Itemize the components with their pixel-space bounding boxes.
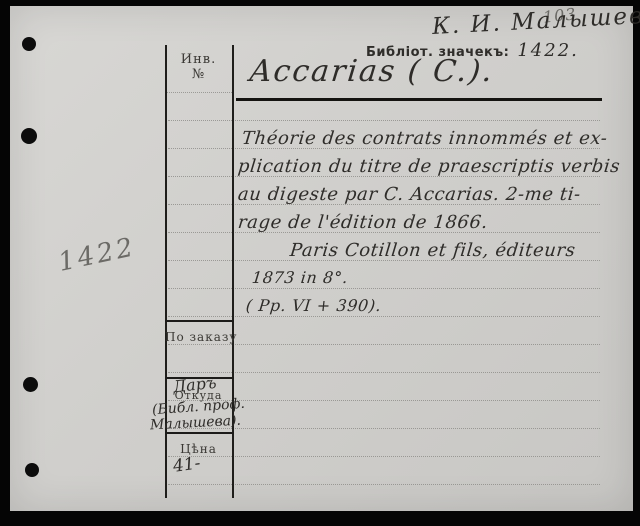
scanned-page: 103 К. И. Малышевъ Библіот. значекъ:1422… [0, 0, 640, 526]
card-title: Accarias ( C.). [248, 54, 495, 89]
description-line: 1873 in 8°. [251, 268, 349, 287]
description-line: rage de l'édition de 1866. [237, 212, 489, 233]
inventory-label-line2: № [165, 67, 232, 82]
column-right-line [232, 45, 234, 498]
cell-border [165, 432, 234, 434]
title-underline [236, 98, 602, 101]
description-line: ( Pp. VI + 390). [245, 296, 382, 315]
ink-dot [23, 377, 38, 392]
order-label: По заказу [165, 330, 232, 344]
inventory-label-line1: Инв. [165, 52, 232, 67]
origin-handwritten-malyshev: Малышева). [150, 413, 242, 434]
owner-signature: К. И. Малышевъ [431, 2, 640, 40]
ink-dot [21, 128, 37, 144]
description-line: Paris Cotillon et fils, éditeurs [289, 240, 577, 261]
ruled-line [167, 92, 232, 93]
description-line: Théorie des contrats innommés et ex- [241, 128, 609, 149]
ink-dot [25, 463, 39, 477]
description-line: plication du titre de praescriptis verbi… [237, 156, 621, 177]
margin-inventory-number: 1422 [56, 232, 139, 278]
description-line: au digeste par C. Accarias. 2-me ti- [237, 184, 582, 205]
ink-dot [22, 37, 36, 51]
cell-border [165, 320, 234, 322]
catalog-card: 103 К. И. Малышевъ Библіот. значекъ:1422… [10, 6, 633, 511]
stamp-number: 1422. [517, 40, 579, 61]
price-value: 41- [172, 453, 202, 477]
